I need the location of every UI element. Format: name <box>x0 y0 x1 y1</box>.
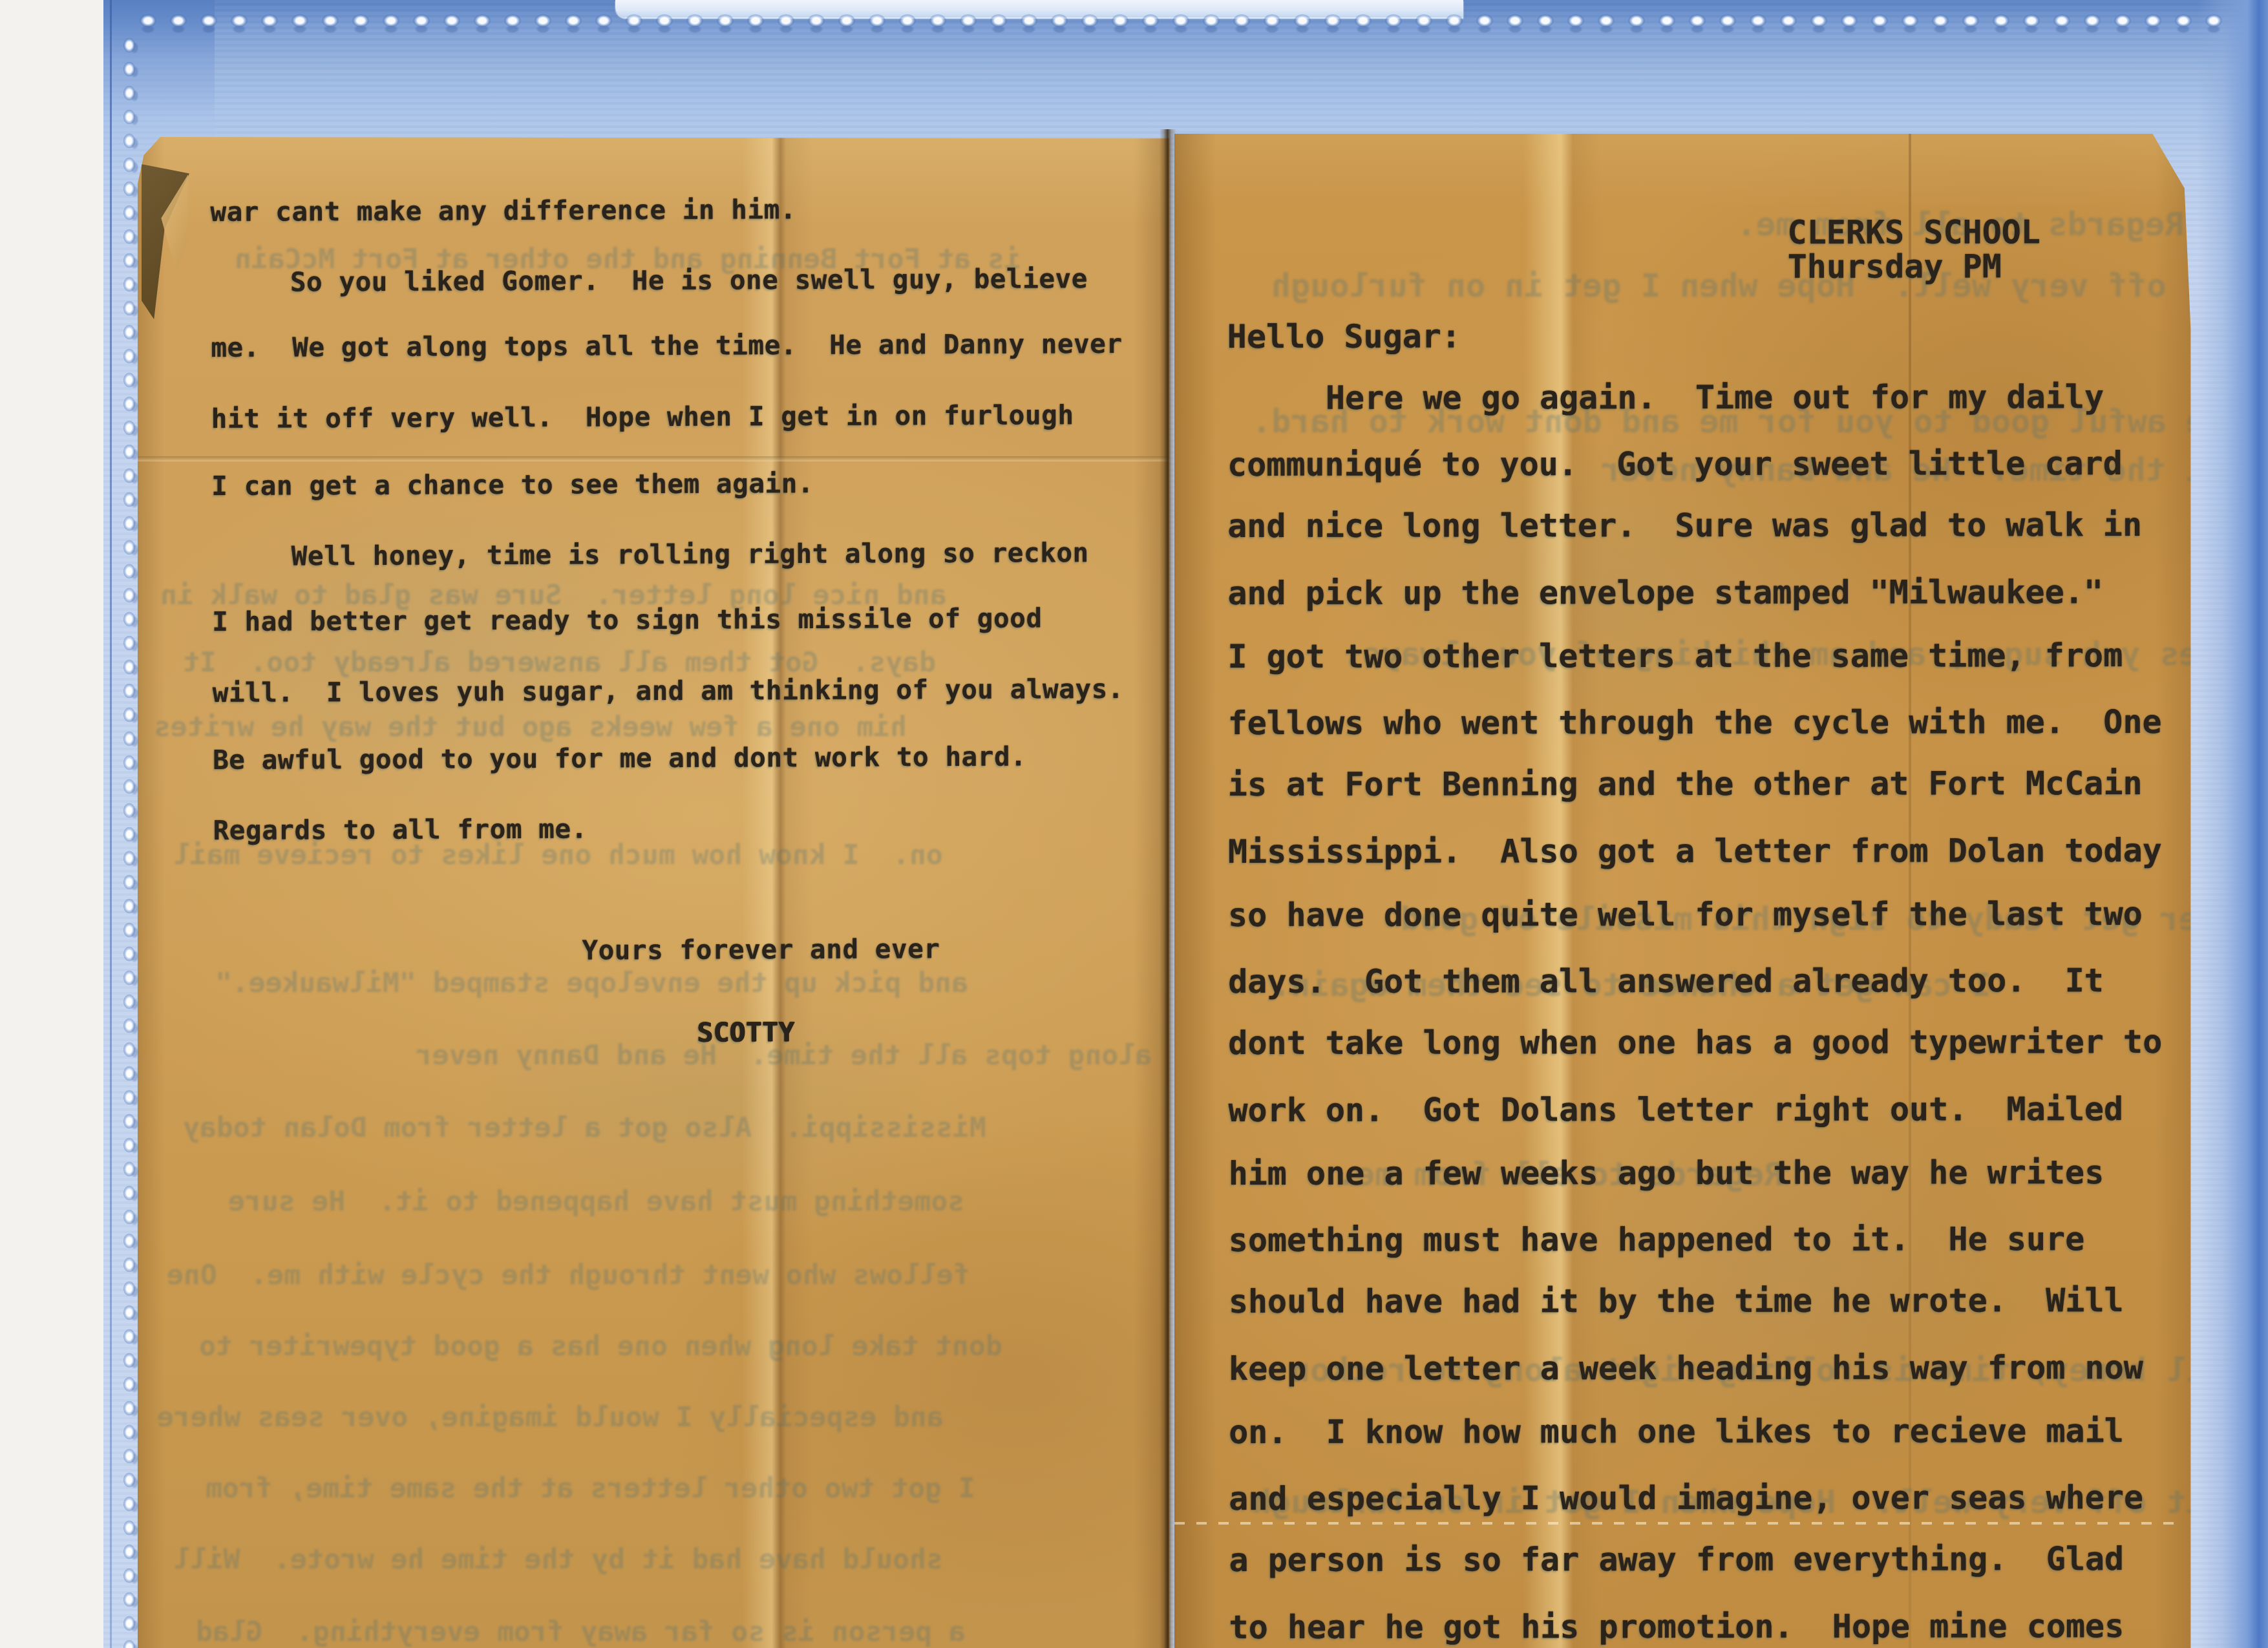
typed-line: Well honey, time is rolling right along … <box>291 540 1089 569</box>
typed-line: fellows who went through the cycle with … <box>1228 706 2162 739</box>
typed-line: a person is so far away from everything.… <box>1229 1543 2124 1576</box>
typed-line: work on. Got Dolans letter right out. Ma… <box>1228 1093 2123 1126</box>
letterhead-school-line: CLERKS SCHOOL <box>1788 216 2040 249</box>
typed-line: him one a few weeks ago but the way he w… <box>1229 1156 2104 1190</box>
typed-line: me. We got along tops all the time. He a… <box>211 331 1122 361</box>
typed-line: to hear he got his promotion. Hope mine … <box>1229 1610 2125 1643</box>
typed-line: will. I loves yuh sugar, and am thinking… <box>213 676 1124 706</box>
typed-line: Here we go again. Time out for my daily <box>1326 381 2104 414</box>
typed-line: days. Got them all answered already too.… <box>1228 964 2104 998</box>
scan-root: is at Fort Benning and the other at Fort… <box>0 0 2268 1648</box>
typed-line: I had better get ready to sign this miss… <box>212 605 1043 635</box>
typed-line: should have had it by the time he wrote.… <box>1229 1284 2124 1318</box>
typed-line: Regards to all from me. <box>213 816 587 844</box>
sleeve-right-edge <box>2197 0 2268 1648</box>
page-fold-gap <box>1160 129 1176 1648</box>
sleeve-weld-dots-top <box>132 9 2227 36</box>
typed-line: communiqué to you. Got your sweet little… <box>1227 447 2123 481</box>
typed-line: and pick up the envelope stamped "Milwau… <box>1227 576 2103 609</box>
typed-line: on. I know how much one likes to recieve… <box>1229 1415 2124 1448</box>
sleeve-left-seam <box>110 0 112 1648</box>
typed-line: I got two other letters at the same time… <box>1227 639 2123 673</box>
typed-text-right: CLERKS SCHOOL Thursday PM Hello Sugar: H… <box>1173 133 2205 1648</box>
letter-right-page: Regards to all from me.hit it off very w… <box>1174 134 2204 1648</box>
sleeve-weld-dots-left <box>113 34 143 1648</box>
letterhead-day-line: Thursday PM <box>1788 250 2002 282</box>
typed-line: I can get a chance to see them again. <box>211 470 814 500</box>
typed-line: something must have happened to it. He s… <box>1229 1223 2085 1256</box>
typed-line: and especially I would imagine, over sea… <box>1229 1481 2143 1515</box>
signoff-line: Yours forever and ever <box>582 936 940 964</box>
typed-line: keep one letter a week heading his way f… <box>1229 1351 2143 1385</box>
typed-line: dont take long when one has a good typew… <box>1228 1026 2162 1059</box>
typed-line: is at Fort Benning and the other at Fort… <box>1228 767 2143 801</box>
typed-line: Be awful good to you for me and dont wor… <box>213 743 1026 773</box>
typed-text-left: Yours forever and ever SCOTTY war cant m… <box>134 135 1172 1648</box>
typed-line: Mississippi. Also got a letter from Dola… <box>1228 834 2162 868</box>
letter-left-page: is at Fort Benning and the other at Fort… <box>138 137 1169 1648</box>
typed-line: and nice long letter. Sure was glad to w… <box>1227 509 2142 542</box>
typed-line: so have done quite well for myself the l… <box>1228 898 2143 931</box>
salutation-line: Hello Sugar: <box>1227 320 1461 353</box>
signature-line: SCOTTY <box>697 1019 794 1046</box>
typed-line: war cant make any difference in him. <box>210 196 796 226</box>
typed-line: So you liked Gomer. He is one swell guy,… <box>290 266 1088 295</box>
typed-line: hit it off very well. Hope when I get in… <box>211 402 1074 432</box>
